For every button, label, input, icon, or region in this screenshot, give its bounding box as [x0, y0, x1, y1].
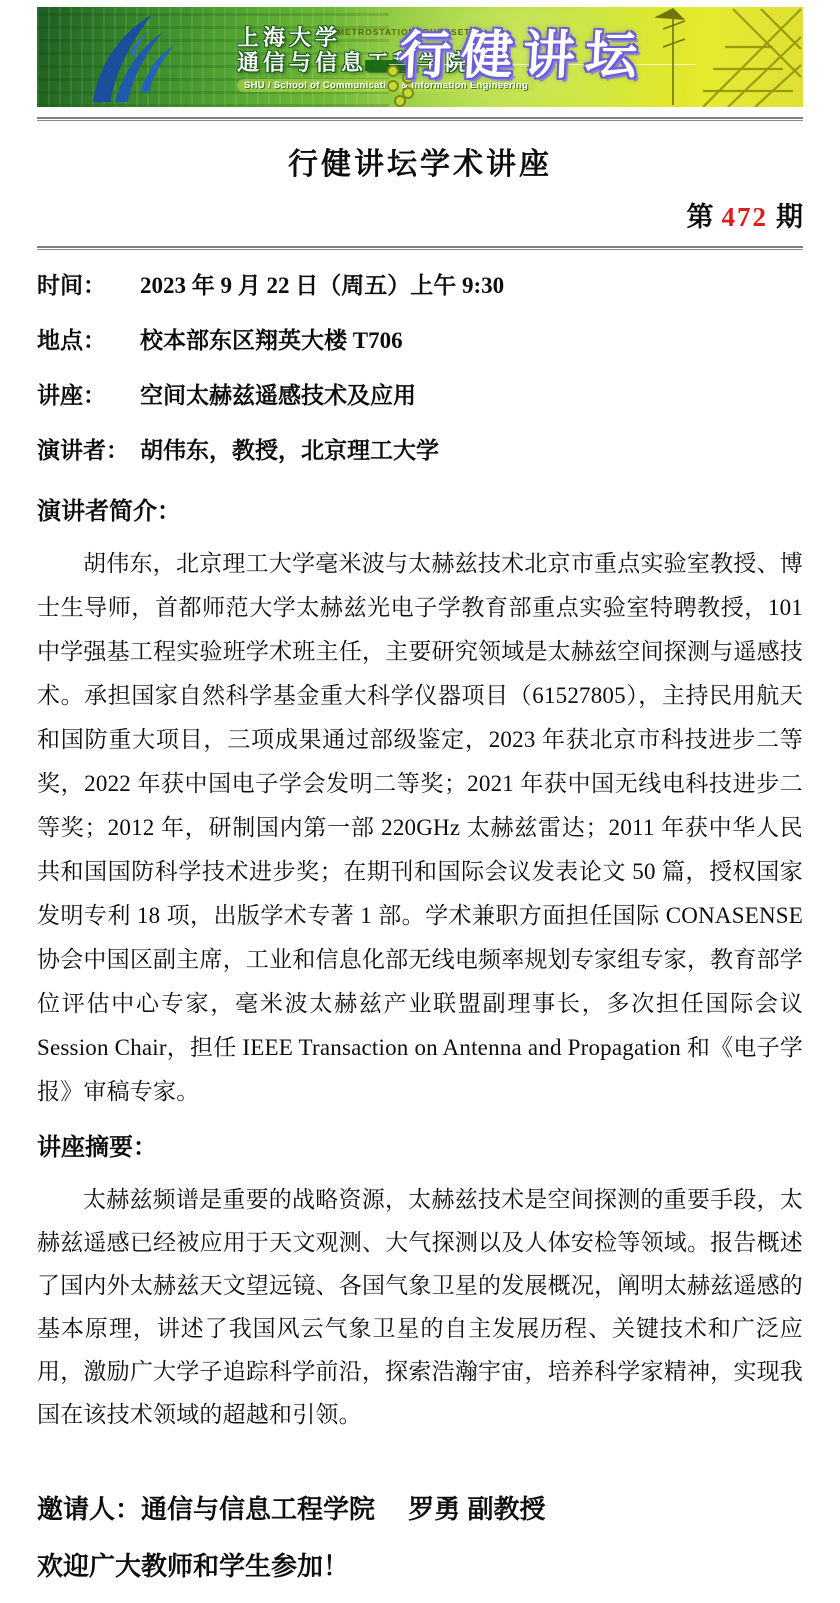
time-label: 时间： — [37, 271, 140, 301]
antenna-tower-graphic — [633, 7, 803, 107]
welcome-line: 欢迎广大教师和学生参加！ — [37, 1549, 803, 1583]
issue-number: 472 — [722, 202, 769, 232]
lecture-info: 时间：2023 年 9 月 22 日（周五）上午 9:30 地点：校本部东区翔英… — [37, 271, 803, 466]
info-row-speaker: 演讲者：胡伟东，教授，北京理工大学 — [37, 436, 803, 466]
issue-line: 第472期 — [37, 199, 803, 235]
bio-paragraph: 胡伟东，北京理工大学毫米波与太赫兹技术北京市重点实验室教授、博士生导师，首都师范… — [37, 542, 803, 1114]
issue-suffix: 期 — [776, 202, 803, 232]
divider-under-issue — [37, 246, 803, 250]
info-row-lecture: 讲座：空间太赫兹遥感技术及应用 — [37, 381, 803, 411]
banner: METROSTATIONBRUSHSET N 上海大学 通信与信息工程学院 SH… — [37, 7, 803, 107]
abstract-heading: 讲座摘要： — [37, 1132, 803, 1164]
lecture-label: 讲座： — [37, 381, 140, 411]
bio-heading: 演讲者简介： — [37, 496, 803, 528]
location-label: 地点： — [37, 326, 140, 356]
info-row-time: 时间：2023 年 9 月 22 日（周五）上午 9:30 — [37, 271, 803, 301]
abstract-paragraph: 太赫兹频谱是重要的战略资源，太赫兹技术是空间探测的重要手段，太赫兹遥感已经被应用… — [37, 1178, 803, 1436]
shu-logo-icon — [83, 11, 193, 103]
time-value: 2023 年 9 月 22 日（周五）上午 9:30 — [140, 273, 504, 298]
page-title: 行健讲坛学术讲座 — [37, 145, 803, 185]
speaker-label: 演讲者： — [37, 436, 140, 466]
divider-under-banner — [37, 117, 803, 121]
page: METROSTATIONBRUSHSET N 上海大学 通信与信息工程学院 SH… — [37, 7, 803, 1583]
info-row-location: 地点：校本部东区翔英大楼 T706 — [37, 326, 803, 356]
speaker-value: 胡伟东，教授，北京理工大学 — [140, 438, 439, 463]
location-value: 校本部东区翔英大楼 T706 — [140, 328, 403, 353]
inviter-line: 邀请人：通信与信息工程学院 罗勇 副教授 — [37, 1492, 803, 1526]
lecture-value: 空间太赫兹遥感技术及应用 — [140, 383, 416, 408]
issue-prefix: 第 — [687, 202, 714, 232]
